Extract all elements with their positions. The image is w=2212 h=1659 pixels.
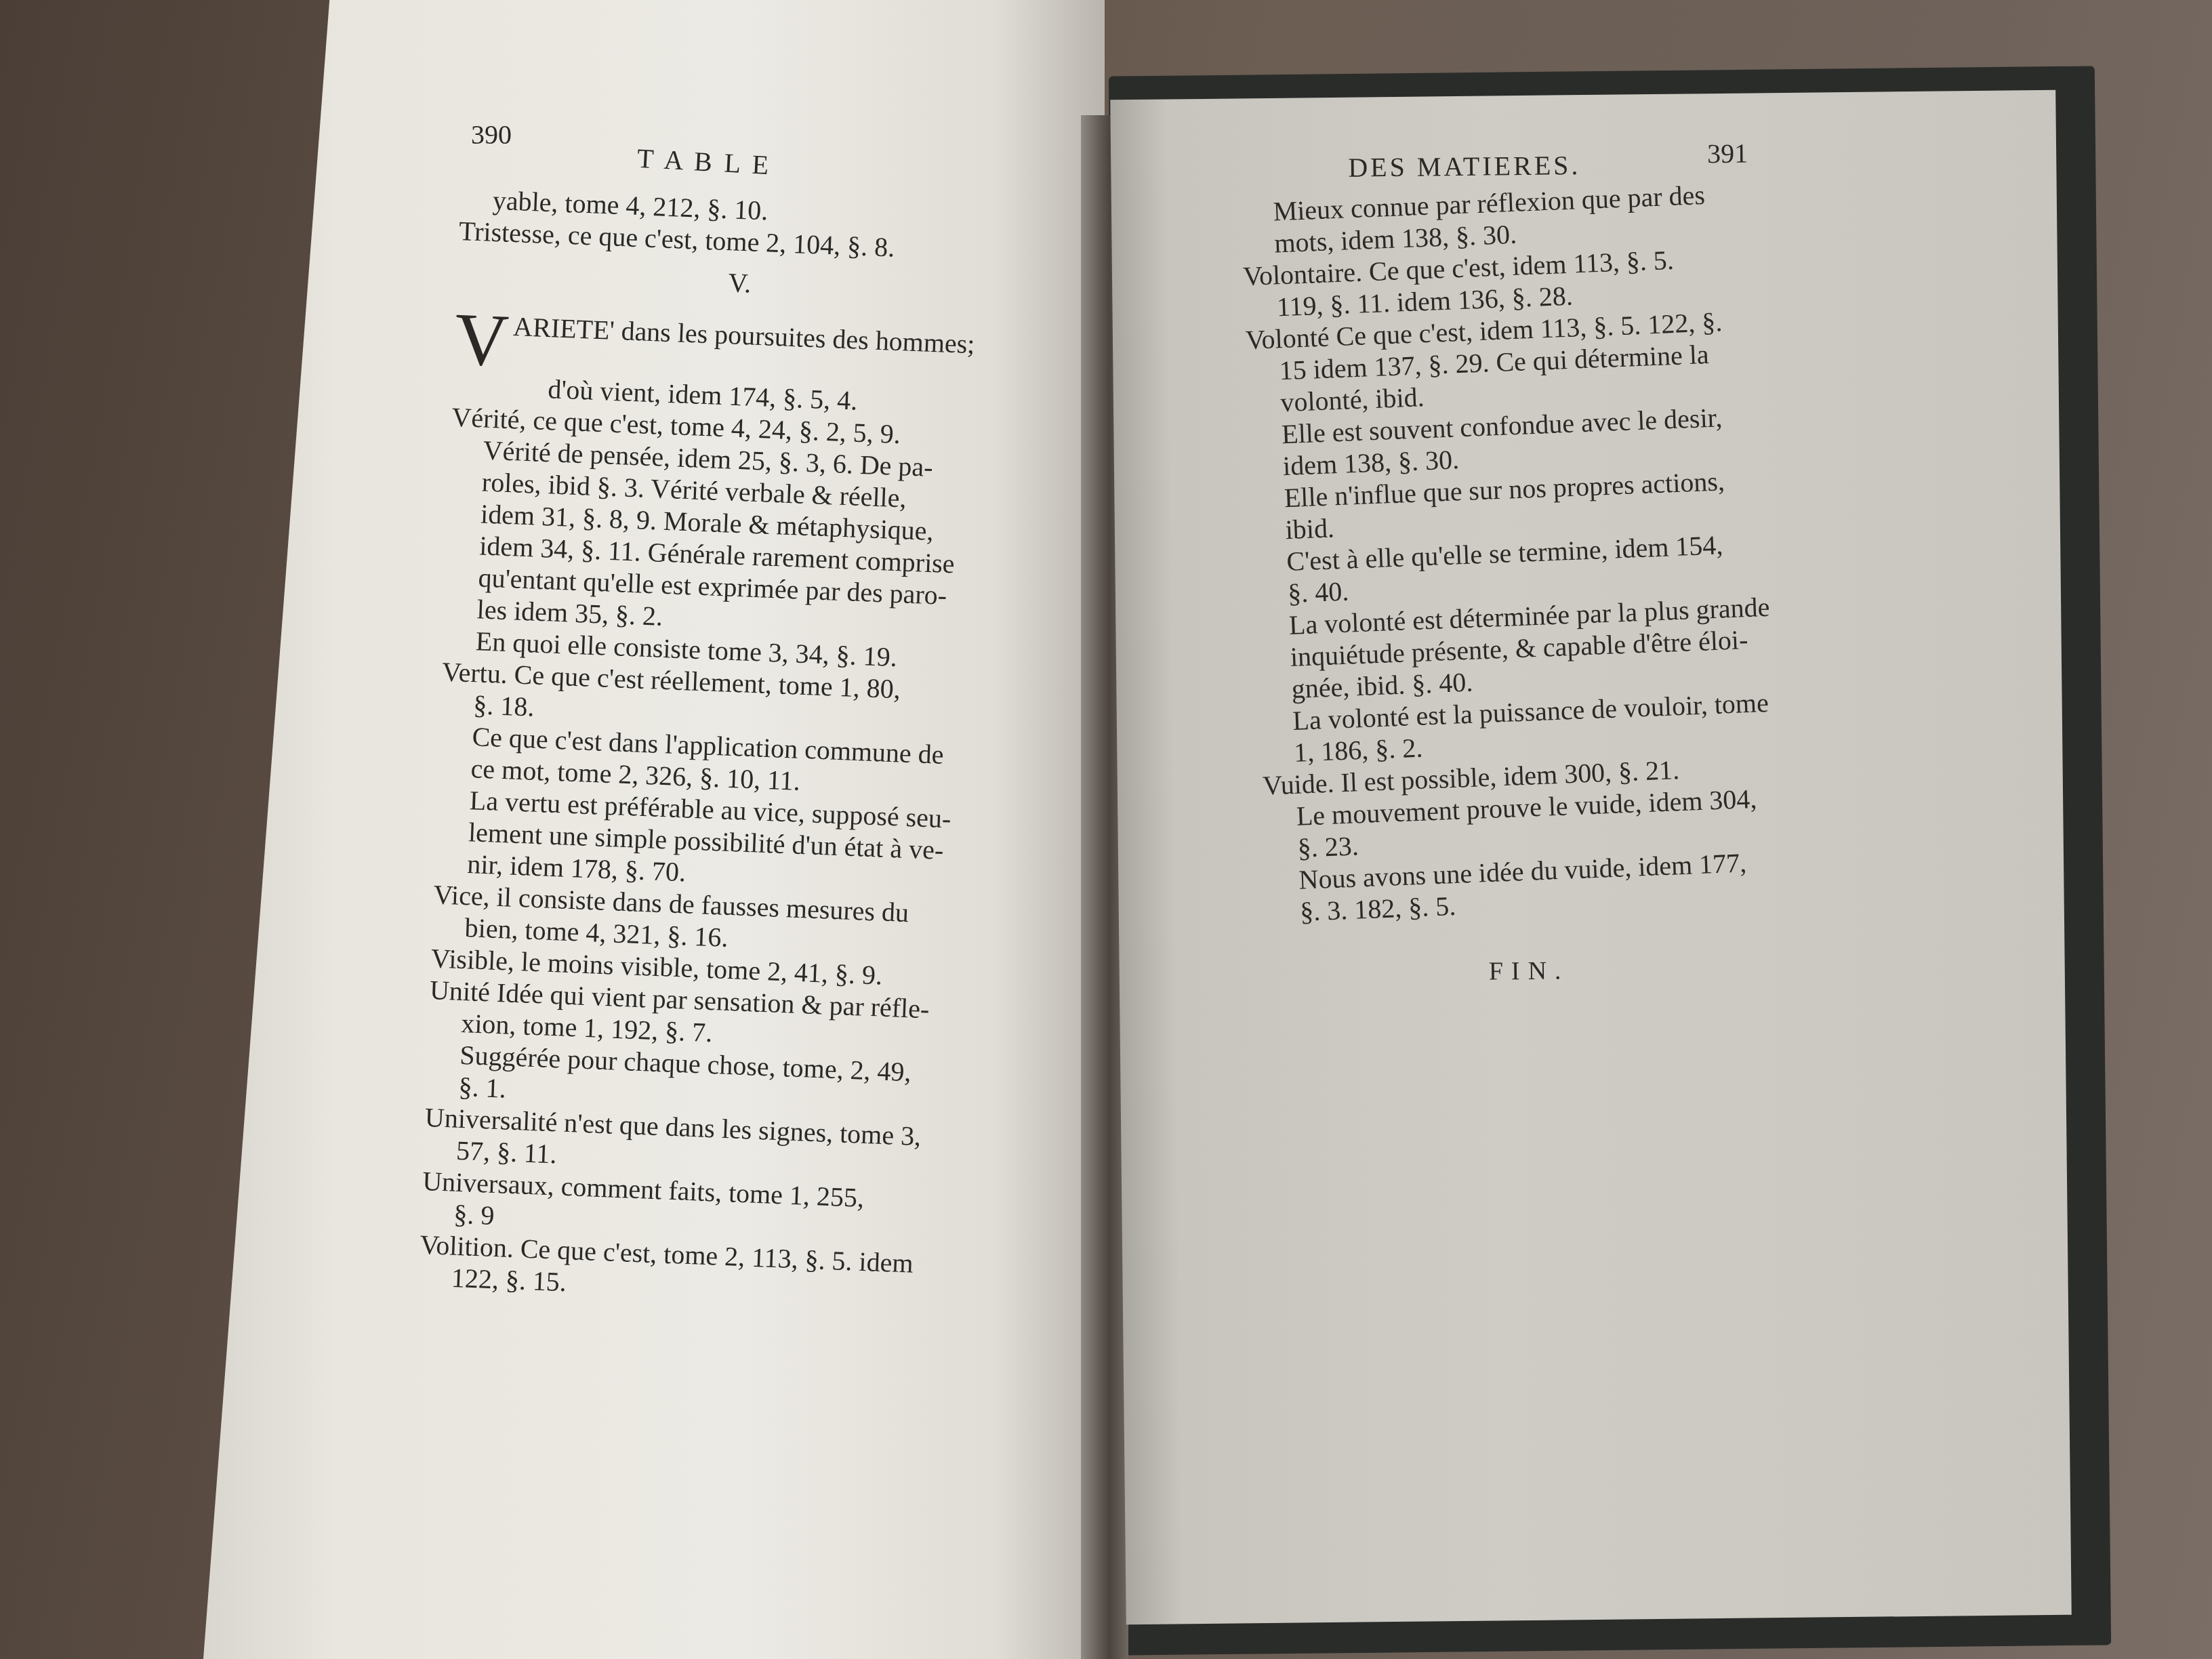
end-mark-fin: FIN. xyxy=(1489,956,1570,986)
index-entries-right: Mieux connue par réflexion que par des m… xyxy=(1240,177,1782,928)
right-page: DES MATIERES. 391 Mieux connue par réfle… xyxy=(1110,90,2071,1624)
left-page: 390 T A B L E yable, tome 4, 212, §. 10.… xyxy=(203,0,1105,1659)
index-line: V ARIETE' dans les poursuites des hommes… xyxy=(455,308,975,360)
drop-cap: V xyxy=(453,308,510,371)
running-head-right: DES MATIERES. xyxy=(1348,149,1581,184)
running-head-left: T A B L E xyxy=(636,142,772,181)
section-letter: V. xyxy=(457,256,977,308)
page-number-left: 390 xyxy=(471,119,512,150)
index-entries-left: yable, tome 4, 212, §. 10. Tristesse, ce… xyxy=(418,183,980,1312)
page-number-right: 391 xyxy=(1707,138,1748,170)
